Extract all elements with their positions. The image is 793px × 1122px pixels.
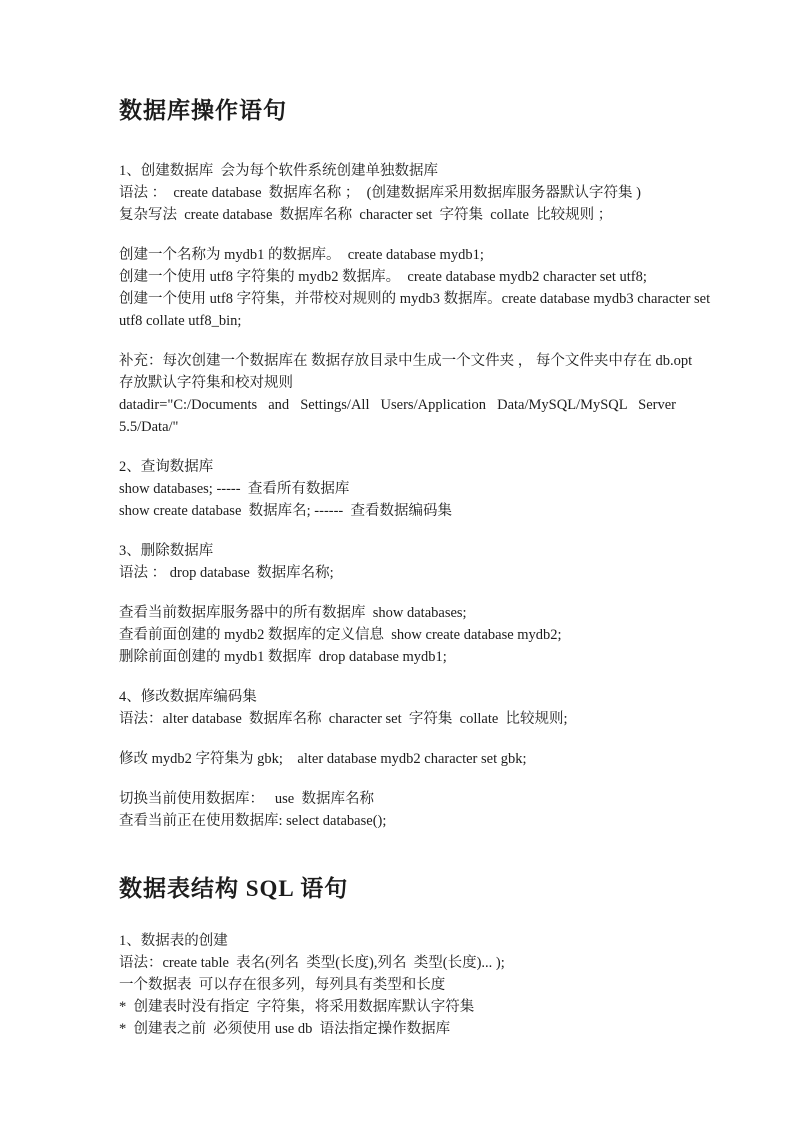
text-line: * 创建表之前 必须使用 use db 语法指定操作数据库	[119, 1018, 676, 1040]
text-line: 语法：create table 表名(列名 类型(长度),列名 类型(长度)..…	[119, 952, 676, 974]
text-line: 查看当前正在使用数据库: select database();	[119, 810, 676, 832]
text-line: 语法：alter database 数据库名称 character set 字符…	[119, 708, 676, 730]
text-line: show create database 数据库名; ------ 查看数据编码…	[119, 500, 676, 522]
paragraph: 3、删除数据库语法 ： drop database 数据库名称;	[119, 540, 676, 584]
section-title: 数据表结构 SQL 语句	[119, 874, 676, 904]
paragraph: 1、创建数据库 会为每个软件系统创建单独数据库语法 ： create datab…	[119, 160, 676, 226]
section-paragraphs: 1、数据表的创建语法：create table 表名(列名 类型(长度),列名 …	[119, 930, 676, 1040]
paragraph: 修改 mydb2 字符集为 gbk; alter database mydb2 …	[119, 748, 676, 770]
text-line: 查看前面创建的 mydb2 数据库的定义信息 show create datab…	[119, 624, 676, 646]
text-line: 补充：每次创建一个数据库在 数据存放目录中生成一个文件夹 ， 每个文件夹中存在 …	[119, 350, 676, 372]
paragraph: 2、查询数据库show databases; ----- 查看所有数据库show…	[119, 456, 676, 522]
text-line: 创建一个名称为 mydb1 的数据库。 create database mydb…	[119, 244, 676, 266]
text-line: * 创建表时没有指定 字符集，将采用数据库默认字符集	[119, 996, 676, 1018]
text-line: 创建一个使用 utf8 字符集的 mydb2 数据库。 create datab…	[119, 266, 676, 288]
paragraph: 查看当前数据库服务器中的所有数据库 show databases;查看前面创建的…	[119, 602, 676, 668]
text-line: datadir="C:/Documents and Settings/All U…	[119, 394, 676, 416]
text-line: 修改 mydb2 字符集为 gbk; alter database mydb2 …	[119, 748, 676, 770]
text-line: 删除前面创建的 mydb1 数据库 drop database mydb1;	[119, 646, 676, 668]
paragraph: 切换当前使用数据库： use 数据库名称查看当前正在使用数据库: select …	[119, 788, 676, 832]
section-database-operations: 数据库操作语句 1、创建数据库 会为每个软件系统创建单独数据库语法 ： crea…	[119, 96, 676, 832]
document-page: 数据库操作语句 1、创建数据库 会为每个软件系统创建单独数据库语法 ： crea…	[0, 0, 793, 1122]
text-line: 切换当前使用数据库： use 数据库名称	[119, 788, 676, 810]
text-line: 1、创建数据库 会为每个软件系统创建单独数据库	[119, 160, 676, 182]
text-line: 2、查询数据库	[119, 456, 676, 478]
paragraph: 创建一个名称为 mydb1 的数据库。 create database mydb…	[119, 244, 676, 332]
text-line: 存放默认字符集和校对规则	[119, 372, 676, 394]
text-line: 5.5/Data/"	[119, 416, 676, 438]
text-line: 复杂写法 create database 数据库名称 character set…	[119, 204, 676, 226]
text-line: 一个数据表 可以存在很多列，每列具有类型和长度	[119, 974, 676, 996]
paragraph: 1、数据表的创建语法：create table 表名(列名 类型(长度),列名 …	[119, 930, 676, 1040]
text-line: show databases; ----- 查看所有数据库	[119, 478, 676, 500]
text-line: 3、删除数据库	[119, 540, 676, 562]
paragraph: 补充：每次创建一个数据库在 数据存放目录中生成一个文件夹 ， 每个文件夹中存在 …	[119, 350, 676, 438]
text-line: 语法 ： create database 数据库名称 ； (创建数据库采用数据库…	[119, 182, 676, 204]
section-title: 数据库操作语句	[119, 96, 676, 126]
paragraph: 4、修改数据库编码集语法：alter database 数据库名称 charac…	[119, 686, 676, 730]
text-line: 查看当前数据库服务器中的所有数据库 show databases;	[119, 602, 676, 624]
document-content: 数据库操作语句 1、创建数据库 会为每个软件系统创建单独数据库语法 ： crea…	[119, 0, 676, 1040]
text-line: 1、数据表的创建	[119, 930, 676, 952]
text-line: 4、修改数据库编码集	[119, 686, 676, 708]
section-table-structure-sql: 数据表结构 SQL 语句 1、数据表的创建语法：create table 表名(…	[119, 874, 676, 1040]
section-paragraphs: 1、创建数据库 会为每个软件系统创建单独数据库语法 ： create datab…	[119, 160, 676, 832]
text-line: 创建一个使用 utf8 字符集，并带校对规则的 mydb3 数据库。create…	[119, 288, 676, 310]
text-line: 语法 ： drop database 数据库名称;	[119, 562, 676, 584]
text-line: utf8 collate utf8_bin;	[119, 310, 676, 332]
